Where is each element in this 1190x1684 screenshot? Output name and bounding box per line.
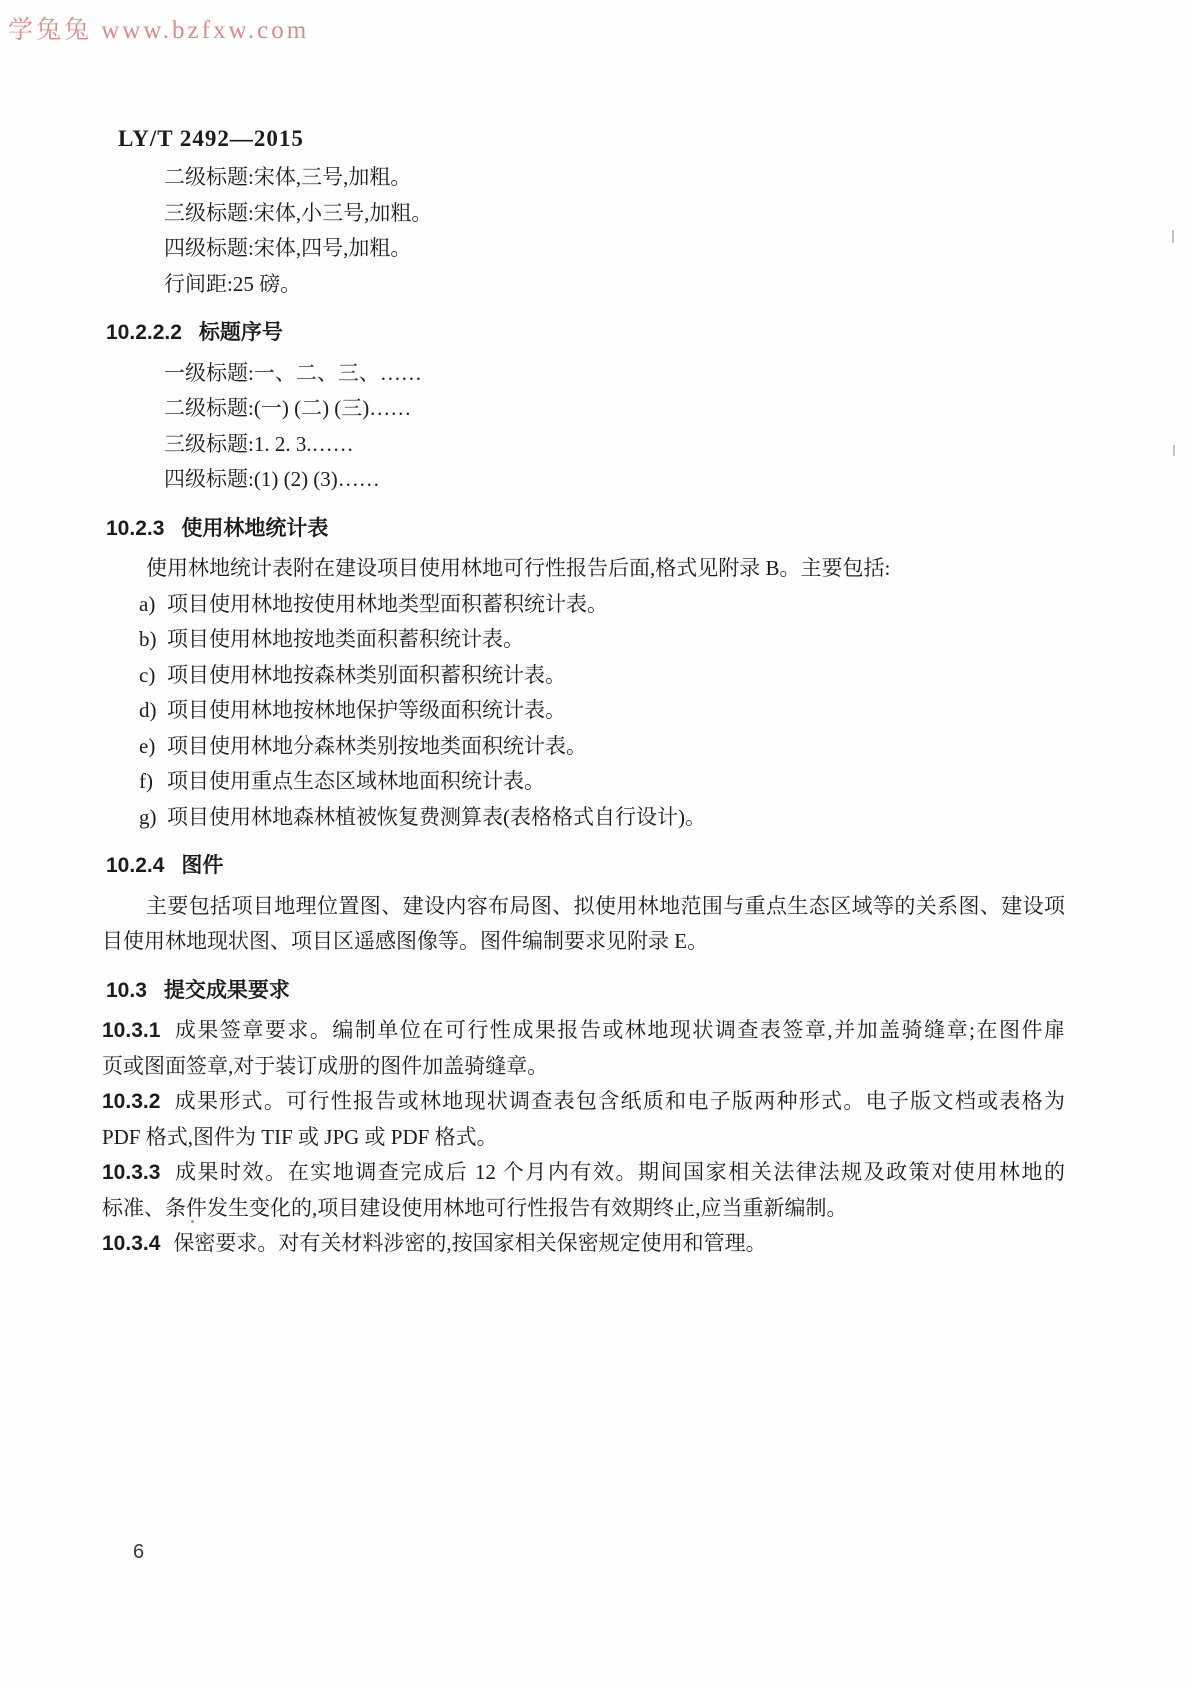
body-line: 三级标题:宋体,小三号,加粗。	[164, 196, 1065, 232]
section-number: 10.3	[106, 979, 147, 1002]
list-item-text: 项目使用林地按森林类别面积蓄积统计表。	[167, 663, 566, 687]
section-heading: 10.2.3使用林地统计表	[106, 511, 1065, 547]
list-item: e)项目使用林地分森林类别按地类面积统计表。	[102, 729, 1065, 765]
paragraph-line: 目使用林地现状图、项目区遥感图像等。图件编制要求见附录 E。	[102, 924, 1065, 960]
clause-line: 页或图面签章,对于装订成册的图件加盖骑缝章。	[102, 1049, 1065, 1085]
body-line: 二级标题:宋体,三号,加粗。	[164, 160, 1065, 196]
paragraph-line: 主要包括项目地理位置图、建设内容布局图、拟使用林地范围与重点生态区域等的关系图、…	[102, 889, 1065, 925]
page-number: 6	[133, 1541, 144, 1564]
document-page: 学兔兔 www.bzfxw.com LY/T 2492—2015 二级标题:宋体…	[0, 0, 1190, 1684]
watermark-text: 学兔兔 www.bzfxw.com	[8, 10, 309, 46]
section-number: 10.2.2.2	[106, 321, 182, 344]
clause-line: PDF 格式,图件为 TIF 或 JPG 或 PDF 格式。	[102, 1120, 1065, 1156]
list-marker: f)	[139, 764, 167, 800]
list-marker: g)	[139, 800, 167, 836]
list-item-text: 项目使用林地按林地保护等级面积统计表。	[167, 698, 566, 722]
clause-line: 标准、条件发生变化的,项目建设使用林地可行性报告有效期终止,应当重新编制。	[102, 1191, 1065, 1227]
clause-text: 成果时效。在实地调查完成后 12 个月内有效。期间国家相关法律法规及政策对使用林…	[173, 1160, 1065, 1184]
section-title: 图件	[181, 854, 223, 877]
scan-artifact	[1173, 445, 1175, 456]
paragraph-line: 使用林地统计表附在建设项目使用林地可行性报告后面,格式见附录 B。主要包括:	[102, 551, 1065, 587]
list-item-text: 项目使用重点生态区域林地面积统计表。	[167, 769, 545, 793]
list-item: b)项目使用林地按地类面积蓄积统计表。	[102, 622, 1065, 658]
list-marker: d)	[139, 693, 167, 729]
section-heading: 10.3提交成果要求	[106, 973, 1065, 1009]
clause-number: 10.3.2	[102, 1090, 160, 1113]
list-marker: e)	[139, 729, 167, 765]
body-line: 四级标题:宋体,四号,加粗。	[164, 231, 1065, 267]
clause-number: 10.3.1	[102, 1019, 160, 1042]
list-item-text: 项目使用林地按地类面积蓄积统计表。	[167, 627, 524, 651]
clause-line: 10.3.2成果形式。可行性报告或林地现状调查表包含纸质和电子版两种形式。电子版…	[102, 1084, 1065, 1120]
scan-artifact	[191, 1220, 194, 1223]
list-item-text: 项目使用林地按使用林地类型面积蓄积统计表。	[167, 592, 608, 616]
clause-text: 成果形式。可行性报告或林地现状调查表包含纸质和电子版两种形式。电子版文档或表格为	[173, 1089, 1065, 1113]
section-title: 标题序号	[199, 321, 283, 344]
section-title: 提交成果要求	[164, 979, 290, 1002]
clause-number: 10.3.4	[102, 1232, 160, 1255]
clause-line: 10.3.4保密要求。对有关材料涉密的,按国家相关保密规定使用和管理。	[102, 1226, 1065, 1262]
clause-text: 成果签章要求。编制单位在可行性成果报告或林地现状调查表签章,并加盖骑缝章;在图件…	[173, 1018, 1065, 1042]
section-title: 使用林地统计表	[181, 517, 328, 540]
clause-number: 10.3.3	[102, 1161, 160, 1184]
section-heading: 10.2.4图件	[106, 848, 1065, 884]
list-item: f)项目使用重点生态区域林地面积统计表。	[102, 764, 1065, 800]
body-line: 三级标题:1. 2. 3.……	[164, 427, 1065, 463]
standard-number: LY/T 2492—2015	[118, 126, 304, 152]
clause-line: 10.3.3成果时效。在实地调查完成后 12 个月内有效。期间国家相关法律法规及…	[102, 1155, 1065, 1191]
list-item: d)项目使用林地按林地保护等级面积统计表。	[102, 693, 1065, 729]
list-marker: b)	[139, 622, 167, 658]
list-item-text: 项目使用林地森林植被恢复费测算表(表格格式自行设计)。	[167, 805, 706, 829]
section-number: 10.2.3	[106, 517, 164, 540]
section-heading: 10.2.2.2标题序号	[106, 315, 1065, 351]
body-line: 二级标题:(一) (二) (三)……	[164, 391, 1065, 427]
list-item-text: 项目使用林地分森林类别按地类面积统计表。	[167, 734, 587, 758]
list-item: g)项目使用林地森林植被恢复费测算表(表格格式自行设计)。	[102, 800, 1065, 836]
scan-artifact	[1172, 230, 1174, 243]
clause-text: 保密要求。对有关材料涉密的,按国家相关保密规定使用和管理。	[173, 1231, 766, 1255]
list-marker: a)	[139, 587, 167, 623]
body-line: 行间距:25 磅。	[164, 267, 1065, 303]
list-marker: c)	[139, 658, 167, 694]
body-line: 四级标题:(1) (2) (3)……	[164, 462, 1065, 498]
body-line: 一级标题:一、二、三、……	[164, 356, 1065, 392]
clause-line: 10.3.1成果签章要求。编制单位在可行性成果报告或林地现状调查表签章,并加盖骑…	[102, 1013, 1065, 1049]
section-number: 10.2.4	[106, 854, 164, 877]
list-item: c)项目使用林地按森林类别面积蓄积统计表。	[102, 658, 1065, 694]
list-item: a)项目使用林地按使用林地类型面积蓄积统计表。	[102, 587, 1065, 623]
document-content: 二级标题:宋体,三号,加粗。三级标题:宋体,小三号,加粗。四级标题:宋体,四号,…	[102, 160, 1065, 1262]
